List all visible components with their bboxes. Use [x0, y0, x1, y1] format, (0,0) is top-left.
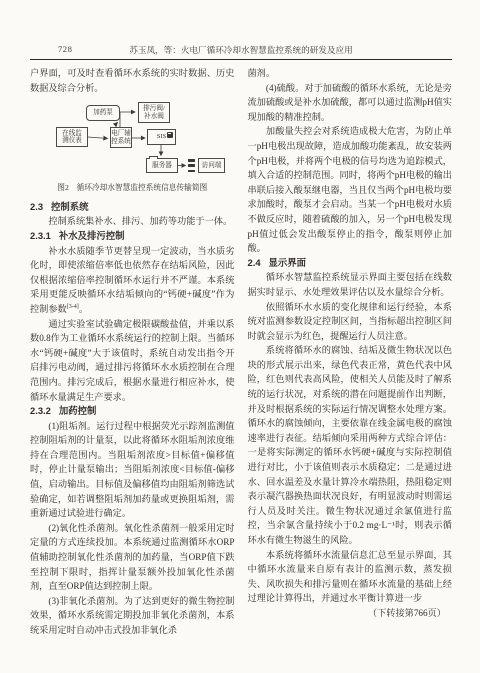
disk-icon [167, 132, 173, 138]
page-number: 728 [58, 44, 72, 54]
para-sulfuric-acid: (4)硫酸。对于加硫酸的循环水系统，无论是旁流加硫酸或是补水加硫酸，都可以通过监… [248, 81, 453, 125]
left-column: 户界面，可及时查看循环水系统的实时数据、历史数据及综合分析。 [30, 66, 235, 638]
node-plant-aux-control-system: 电厂辅 控系统 [110, 127, 132, 148]
para-ph-electrodes: 加酸量失控会对系统造成极大危害，为防止单一pH电极出现故障，造成加酸功能紊乱，故… [248, 124, 453, 255]
para-nonoxidizing-biocide: (3)非氧化杀菌剂。为了达到更好的微生物控制效果，循环水系统需定期投加非氧化杀菌… [30, 594, 235, 638]
para-blowdown-control: 通过实验室试验确定极限碳酸盐值，并乘以系数0.8作为工业循环水系统运行的控制上限… [30, 317, 235, 405]
folder-tab-icon [149, 156, 158, 160]
section-heading-2-3-2: 2.3.2加药控制 [30, 404, 235, 419]
para-flow-summary: 本系统将循环水流量信息汇总至显示界面，其中循环水流量来自原有表计的监测示数，蒸发… [248, 548, 453, 606]
header-rule [30, 59, 452, 60]
running-title: 苏玉凤，等：火电厂循环冷却水智慧监控系统的研发及应用 [30, 44, 452, 56]
node-online-monitoring-instruments: 在线监 测仪表 [56, 127, 88, 147]
node-sis: SIS [147, 129, 176, 145]
citation-reference: [3-4] [67, 304, 79, 310]
right-column: 菌剂。 (4)硫酸。对于加硫酸的循环水系统，无论是旁流加硫酸或是补水加硫酸，都可… [248, 66, 453, 638]
running-header: 728 苏玉凤，等：火电厂循环冷却水智慧监控系统的研发及应用 [30, 44, 452, 57]
continuation-note: （下转接第766页） [248, 606, 453, 621]
client-terminal-icon [188, 159, 195, 172]
node-server: 服务器 [146, 158, 178, 173]
para-makeup-water-control: 补水水质随季节更替呈现一定波动，当水质劣化时，即使浓缩倍率低也依然存在结垢风险，… [30, 244, 235, 317]
paper-page: 728 苏玉凤，等：火电厂循环冷却水智慧监控系统的研发及应用 户界面，可及时查看… [0, 0, 480, 673]
para-continued-from-previous-page: 户界面，可及时查看循环水系统的实时数据、历史数据及综合分析。 [30, 66, 235, 95]
two-column-body: 户界面，可及时查看循环水系统的实时数据、历史数据及综合分析。 [30, 66, 452, 638]
node-dosing-pump: 加药泵 [86, 105, 120, 121]
node-access-client: 访问端 [198, 158, 225, 173]
para-oxidizing-biocide: (2)氧化性杀菌剂。氧化性杀菌剂一般采用定时定量的方式连续投加。本系统通过监测循… [30, 521, 235, 594]
node-blowdown-makeup-valves: 排污阀/ 补水阀 [138, 102, 170, 123]
arrow-monitor-to-aux [88, 137, 108, 139]
figure-2-caption: 图2 循环冷却水智慧监控系统信息传输简图 [30, 181, 235, 196]
section-heading-2-3-1: 2.3.1补水及排污控制 [30, 229, 235, 244]
para-scale-inhibitor: (1)阻垢剂。运行过程中根据荧光示踪剂监测值控制阻垢剂的计量泵，以此将循环水阻垢… [30, 419, 235, 521]
section-heading-2-3: 2.3控制系统 [30, 200, 235, 215]
para-status-color-blocks: 系统将循环水的腐蚀、结垢及微生物状况以色块的形式展示出来，绿色代表正常，黄色代表… [248, 343, 453, 547]
section-heading-2-4: 2.4显示界面 [248, 256, 453, 271]
para-control-interval: 依照循环水水质的变化规律和运行经验，本系统对监测参数设定控制区间，当指标超出控制… [248, 300, 453, 344]
para-display-interface-overview: 循环水智慧监控系统显示界面主要包括在线数据实时显示、水处理效果评估以及水量综合分… [248, 270, 453, 299]
arrow-aux-to-valves [120, 112, 135, 127]
para-continued-across-columns: 菌剂。 [248, 66, 453, 81]
para-control-overview: 控制系统集补水、排污、加药等功能于一体。 [30, 214, 235, 229]
figure-2-diagram: 加药泵 排污阀/ 补水阀 在线监 测仪表 电厂辅 控系统 SIS [30, 100, 235, 178]
